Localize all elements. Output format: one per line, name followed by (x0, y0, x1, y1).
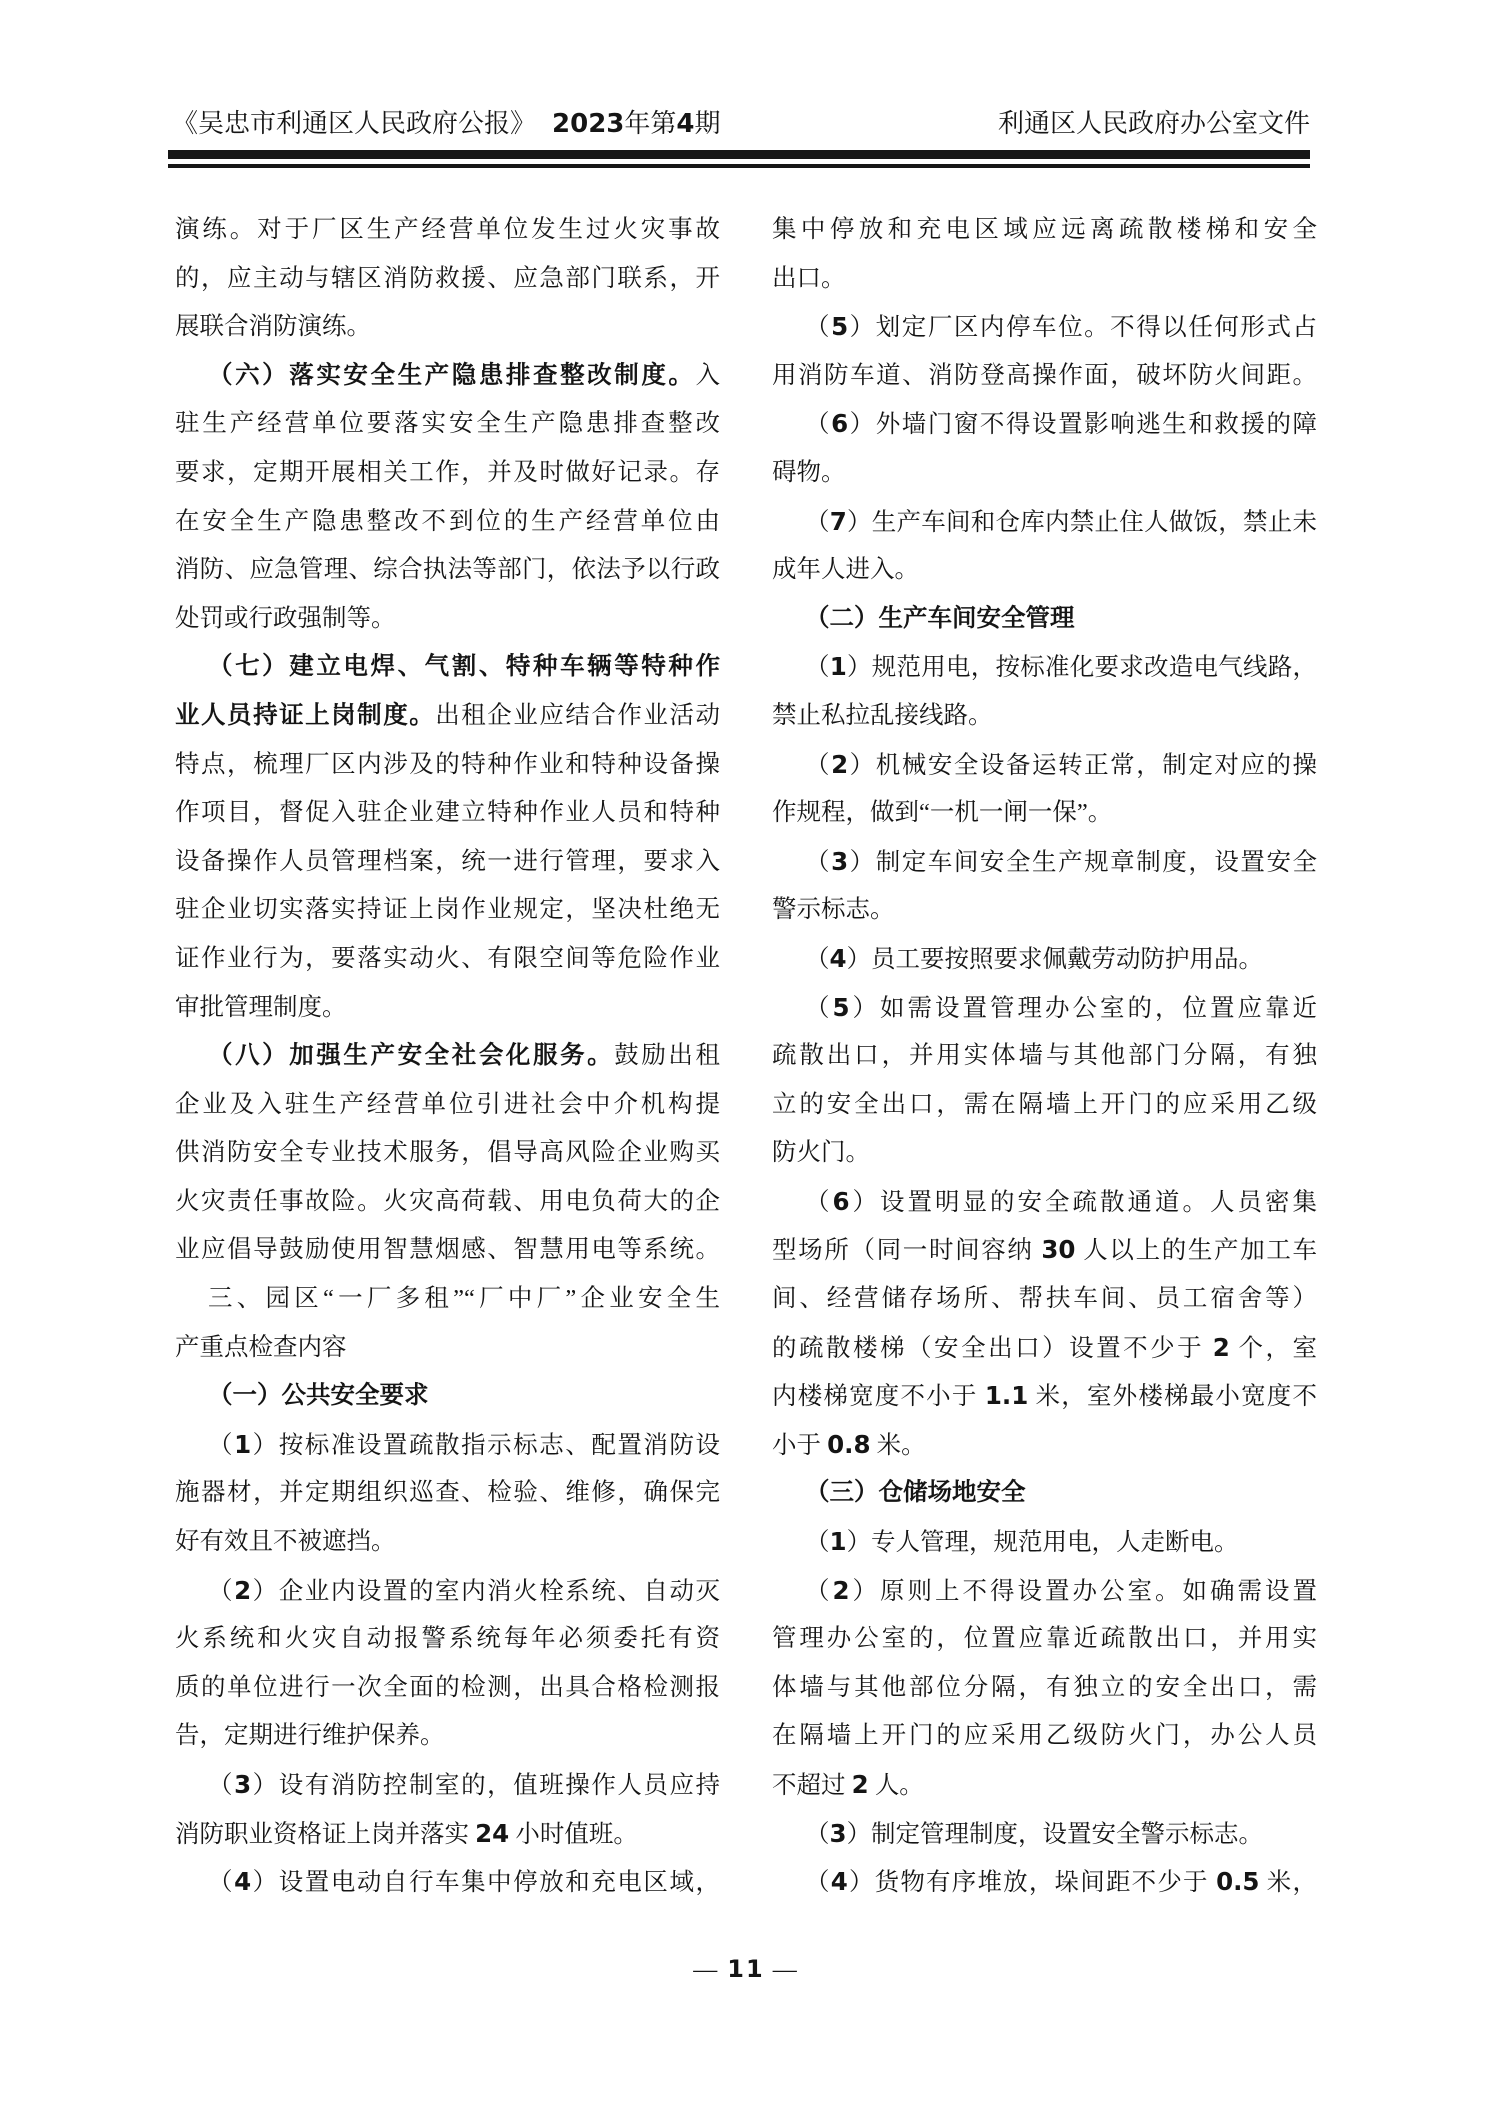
text-line: 好有效且不被遮挡。 (175, 1518, 720, 1567)
text-line: 审批管理制度。 (175, 984, 720, 1033)
text-segment: 施器材，并定期组织巡查、检验、维修，确保完 (175, 1479, 720, 1506)
text-line: （2）机械安全设备运转正常，制定对应的操 (772, 741, 1317, 790)
text-line: （3）制定车间安全生产规章制度，设置安全 (772, 838, 1317, 887)
text-line: （5）划定厂区内停车位。不得以任何形式占 (772, 303, 1317, 352)
text-line: 供消防安全专业技术服务，倡导高风险企业购买 (175, 1129, 720, 1178)
text-line: 企业及入驻生产经营单位引进社会中介机构提 (175, 1081, 720, 1130)
bold-text-segment: （八）加强生产安全社会化服务。 (208, 1042, 614, 1069)
text-segment: 间、经营储存场所、帮扶车间、员工宿舍等） (772, 1285, 1317, 1312)
text-segment: （5）划定厂区内停车位。不得以任何形式占 (805, 314, 1317, 341)
text-segment: （3）制定车间安全生产规章制度，设置安全 (805, 849, 1317, 876)
text-segment: 防火门。 (772, 1139, 870, 1166)
doc-source-title: 利通区人民政府办公室文件 (998, 106, 1310, 142)
page-number: — 11 — (175, 1948, 1317, 1990)
text-line: 业应倡导鼓励使用智慧烟感、智慧用电等系统。 (175, 1226, 720, 1275)
text-line: 设备操作人员管理档案，统一进行管理，要求入 (175, 838, 720, 887)
text-segment: （7）生产车间和仓库内禁止住人做饭，禁止未 (805, 509, 1317, 536)
text-line: 火灾责任事故险。火灾高荷载、用电负荷大的企 (175, 1178, 720, 1227)
text-line: （6）外墙门窗不得设置影响逃生和救援的障 (772, 400, 1317, 449)
text-segment: （2）企业内设置的室内消火栓系统、自动灭 (208, 1578, 720, 1605)
text-line: 产重点检查内容 (175, 1324, 720, 1373)
text-segment: 企业及入驻生产经营单位引进社会中介机构提 (175, 1091, 720, 1118)
page-header: 《吴忠市利通区人民政府公报》 2023年第4期 利通区人民政府办公室文件 (172, 106, 1310, 142)
text-line: 驻生产经营单位要落实安全生产隐患排查整改 (175, 400, 720, 449)
text-segment: （4）员工要按照要求佩戴劳动防护用品。 (805, 946, 1263, 973)
text-line: 的，应主动与辖区消防救援、应急部门联系，开 (175, 255, 720, 304)
text-segment: （3）制定管理制度，设置安全警示标志。 (805, 1821, 1263, 1848)
bold-text-segment: （二）生产车间安全管理 (805, 605, 1075, 632)
gazette-issue: 2023年第4期 (552, 106, 721, 142)
text-segment: 处罚或行政强制等。 (175, 605, 396, 632)
text-line: （1）按标准设置疏散指示标志、配置消防设 (175, 1421, 720, 1470)
text-line: 消防、应急管理、综合执法等部门，依法予以行政 (175, 546, 720, 595)
text-line: 用消防车道、消防登高操作面，破坏防火间距。 (772, 352, 1317, 401)
bold-text-segment: （六）落实安全生产隐患排查整改制度。 (208, 362, 696, 389)
text-line: 作项目，督促入驻企业建立特种作业人员和特种 (175, 789, 720, 838)
text-segment: 火系统和火灾自动报警系统每年必须委托有资 (175, 1625, 720, 1652)
text-line: （一）公共安全要求 (175, 1372, 720, 1421)
text-line: 业人员持证上岗制度。出租企业应结合作业活动 (175, 692, 720, 741)
text-segment: 疏散出口，并用实体墙与其他部门分隔，有独 (772, 1042, 1317, 1069)
text-segment: 警示标志。 (772, 896, 895, 923)
text-segment: 驻企业切实落实持证上岗作业规定，坚决杜绝无 (175, 896, 720, 923)
text-line: 立的安全出口，需在隔墙上开门的应采用乙级 (772, 1081, 1317, 1130)
left-column: 演练。对于厂区生产经营单位发生过火灾事故的，应主动与辖区消防救援、应急部门联系，… (175, 206, 720, 1907)
text-segment: 展联合消防演练。 (175, 313, 371, 340)
text-line: 三、园区“一厂多租”“厂中厂”企业安全生 (175, 1275, 720, 1324)
text-line: 演练。对于厂区生产经营单位发生过火灾事故 (175, 206, 720, 255)
text-line: 小于 0.8 米。 (772, 1421, 1317, 1470)
gazette-page: 《吴忠市利通区人民政府公报》 2023年第4期 利通区人民政府办公室文件 演练。… (0, 0, 1488, 2104)
text-segment: 驻生产经营单位要落实安全生产隐患排查整改 (175, 410, 720, 437)
text-segment: 火灾责任事故险。火灾高荷载、用电负荷大的企 (175, 1188, 720, 1215)
text-line: 作规程，做到“一机一闸一保”。 (772, 789, 1317, 838)
text-segment: （5）如需设置管理办公室的，位置应靠近 (805, 995, 1317, 1022)
text-line: （七）建立电焊、气割、特种车辆等特种作 (175, 643, 720, 692)
text-line: 特点，梳理厂区内涉及的特种作业和特种设备操 (175, 741, 720, 790)
text-line: （三）仓储场地安全 (772, 1469, 1317, 1518)
text-segment: 业应倡导鼓励使用智慧烟感、智慧用电等系统。 (175, 1236, 720, 1263)
text-line: 消防职业资格证上岗并落实 24 小时值班。 (175, 1810, 720, 1859)
text-segment: 碍物。 (772, 459, 846, 486)
text-line: （5）如需设置管理办公室的，位置应靠近 (772, 984, 1317, 1033)
text-segment: 禁止私拉乱接线路。 (772, 702, 993, 729)
bold-text-segment: （一）公共安全要求 (208, 1382, 429, 1409)
text-line: 出口。 (772, 255, 1317, 304)
text-line: 体墙与其他部位分隔，有独立的安全出口，需 (772, 1664, 1317, 1713)
bold-text-segment: 业人员持证上岗制度。 (175, 702, 435, 729)
text-segment: （1）按标准设置疏散指示标志、配置消防设 (208, 1432, 720, 1459)
text-segment: 的疏散楼梯（安全出口）设置不少于 2 个，室 (772, 1335, 1317, 1362)
gazette-title: 《吴忠市利通区人民政府公报》 (172, 106, 536, 142)
text-segment: 用消防车道、消防登高操作面，破坏防火间距。 (772, 362, 1317, 389)
text-line: 疏散出口，并用实体墙与其他部门分隔，有独 (772, 1032, 1317, 1081)
right-column: 集中停放和充电区域应远离疏散楼梯和安全出口。（5）划定厂区内停车位。不得以任何形… (772, 206, 1317, 1907)
text-line: 要求，定期开展相关工作，并及时做好记录。存 (175, 449, 720, 498)
text-line: （1）专人管理，规范用电，人走断电。 (772, 1518, 1317, 1567)
text-line: 管理办公室的，位置应靠近疏散出口，并用实 (772, 1615, 1317, 1664)
text-line: 成年人进入。 (772, 546, 1317, 595)
text-line: （3）设有消防控制室的，值班操作人员应持 (175, 1761, 720, 1810)
text-segment: 小于 0.8 米。 (772, 1432, 926, 1459)
text-segment: 立的安全出口，需在隔墙上开门的应采用乙级 (772, 1091, 1317, 1118)
text-segment: 设备操作人员管理档案，统一进行管理，要求入 (175, 848, 720, 875)
text-line: 型场所（同一时间容纳 30 人以上的生产加工车 (772, 1226, 1317, 1275)
text-segment: （2）机械安全设备运转正常，制定对应的操 (805, 752, 1317, 779)
text-segment: 内楼梯宽度不小于 1.1 米，室外楼梯最小宽度不 (772, 1383, 1317, 1410)
text-line: 处罚或行政强制等。 (175, 595, 720, 644)
text-line: （4）设置电动自行车集中停放和充电区域， (175, 1858, 720, 1907)
text-line: （6）设置明显的安全疏散通道。人员密集 (772, 1178, 1317, 1227)
text-line: 的疏散楼梯（安全出口）设置不少于 2 个，室 (772, 1324, 1317, 1373)
header-rule-thick (168, 150, 1310, 159)
text-segment: 型场所（同一时间容纳 30 人以上的生产加工车 (772, 1237, 1317, 1264)
text-line: （4）员工要按照要求佩戴劳动防护用品。 (772, 935, 1317, 984)
text-line: 在安全生产隐患整改不到位的生产经营单位由 (175, 498, 720, 547)
text-segment: 出租企业应结合作业活动 (435, 702, 720, 729)
text-segment: 在隔墙上开门的应采用乙级防火门，办公人员 (772, 1722, 1317, 1749)
text-segment: （3）设有消防控制室的，值班操作人员应持 (208, 1772, 720, 1799)
text-segment: 作规程，做到“一机一闸一保”。 (772, 799, 1112, 826)
text-segment: 集中停放和充电区域应远离疏散楼梯和安全 (772, 216, 1317, 243)
text-line: （二）生产车间安全管理 (772, 595, 1317, 644)
text-line: 内楼梯宽度不小于 1.1 米，室外楼梯最小宽度不 (772, 1372, 1317, 1421)
text-line: 间、经营储存场所、帮扶车间、员工宿舍等） (772, 1275, 1317, 1324)
text-line: 碍物。 (772, 449, 1317, 498)
text-line: （7）生产车间和仓库内禁止住人做饭，禁止未 (772, 498, 1317, 547)
text-line: 在隔墙上开门的应采用乙级防火门，办公人员 (772, 1712, 1317, 1761)
text-segment: （4）货物有序堆放，垛间距不少于 0.5 米， (805, 1869, 1317, 1896)
header-left-group: 《吴忠市利通区人民政府公报》 2023年第4期 (172, 106, 721, 142)
text-segment: （1）规范用电，按标准化要求改造电气线路， (805, 654, 1317, 681)
text-segment: 鼓励出租 (614, 1042, 720, 1069)
text-line: （八）加强生产安全社会化服务。鼓励出租 (175, 1032, 720, 1081)
text-segment: 告，定期进行维护保养。 (175, 1722, 445, 1749)
text-line: （2）企业内设置的室内消火栓系统、自动灭 (175, 1567, 720, 1616)
text-segment: （6）外墙门窗不得设置影响逃生和救援的障 (805, 411, 1317, 438)
text-segment: 成年人进入。 (772, 556, 919, 583)
text-segment: 体墙与其他部位分隔，有独立的安全出口，需 (772, 1674, 1317, 1701)
text-segment: 要求，定期开展相关工作，并及时做好记录。存 (175, 459, 720, 486)
bold-text-segment: （三）仓储场地安全 (805, 1479, 1026, 1506)
text-segment: （6）设置明显的安全疏散通道。人员密集 (805, 1189, 1317, 1216)
text-line: 警示标志。 (772, 886, 1317, 935)
text-segment: （1）专人管理，规范用电，人走断电。 (805, 1529, 1239, 1556)
text-line: （4）货物有序堆放，垛间距不少于 0.5 米， (772, 1858, 1317, 1907)
text-segment: 三、园区“一厂多租”“厂中厂”企业安全生 (208, 1285, 720, 1312)
text-line: 展联合消防演练。 (175, 303, 720, 352)
text-segment: 消防职业资格证上岗并落实 24 小时值班。 (175, 1821, 638, 1848)
text-line: （1）规范用电，按标准化要求改造电气线路， (772, 643, 1317, 692)
text-segment: 供消防安全专业技术服务，倡导高风险企业购买 (175, 1139, 720, 1166)
text-segment: 好有效且不被遮挡。 (175, 1528, 396, 1555)
text-segment: 证作业行为，要落实动火、有限空间等危险作业 (175, 945, 720, 972)
text-segment: 消防、应急管理、综合执法等部门，依法予以行政 (175, 556, 720, 583)
text-segment: 审批管理制度。 (175, 994, 347, 1021)
text-line: 证作业行为，要落实动火、有限空间等危险作业 (175, 935, 720, 984)
text-segment: 入 (696, 362, 721, 389)
text-segment: 质的单位进行一次全面的检测，出具合格检测报 (175, 1674, 720, 1701)
text-line: 禁止私拉乱接线路。 (772, 692, 1317, 741)
text-line: （六）落实安全生产隐患排查整改制度。入 (175, 352, 720, 401)
text-line: 质的单位进行一次全面的检测，出具合格检测报 (175, 1664, 720, 1713)
text-line: 集中停放和充电区域应远离疏散楼梯和安全 (772, 206, 1317, 255)
text-segment: （2）原则上不得设置办公室。如确需设置 (805, 1578, 1317, 1605)
text-segment: 特点，梳理厂区内涉及的特种作业和特种设备操 (175, 751, 720, 778)
text-segment: 的，应主动与辖区消防救援、应急部门联系，开 (175, 265, 720, 292)
text-line: 不超过 2 人。 (772, 1761, 1317, 1810)
text-line: 驻企业切实落实持证上岗作业规定，坚决杜绝无 (175, 886, 720, 935)
text-segment: 管理办公室的，位置应靠近疏散出口，并用实 (772, 1625, 1317, 1652)
text-line: 火系统和火灾自动报警系统每年必须委托有资 (175, 1615, 720, 1664)
text-line: （3）制定管理制度，设置安全警示标志。 (772, 1810, 1317, 1859)
text-segment: 在安全生产隐患整改不到位的生产经营单位由 (175, 508, 720, 535)
text-line: （2）原则上不得设置办公室。如确需设置 (772, 1567, 1317, 1616)
text-segment: 产重点检查内容 (175, 1334, 347, 1361)
text-line: 施器材，并定期组织巡查、检验、维修，确保完 (175, 1469, 720, 1518)
text-line: 告，定期进行维护保养。 (175, 1712, 720, 1761)
header-rule-thin (168, 164, 1310, 168)
text-segment: 出口。 (772, 265, 846, 292)
text-segment: （4）设置电动自行车集中停放和充电区域， (208, 1869, 720, 1896)
text-segment: 演练。对于厂区生产经营单位发生过火灾事故 (175, 216, 720, 243)
text-segment: 不超过 2 人。 (772, 1772, 924, 1799)
text-segment: 作项目，督促入驻企业建立特种作业人员和特种 (175, 799, 720, 826)
bold-text-segment: （七）建立电焊、气割、特种车辆等特种作 (208, 653, 720, 680)
text-line: 防火门。 (772, 1129, 1317, 1178)
